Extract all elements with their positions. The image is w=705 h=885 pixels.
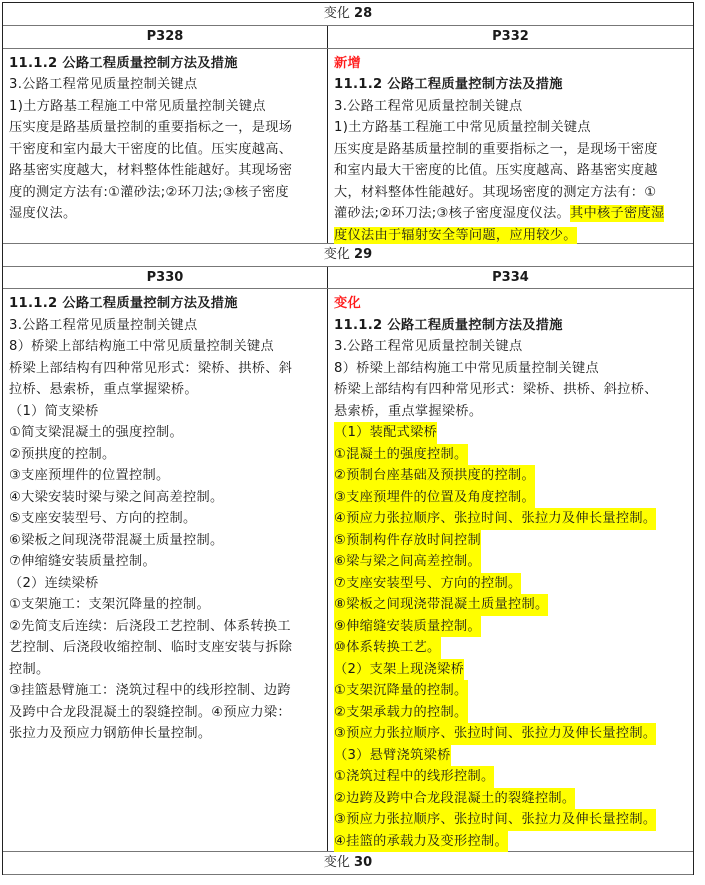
highlighted-line: ⑧梁板之间现浇带混凝土质量控制。 [334,594,548,616]
highlighted-line: （2）支架上现浇梁桥 [334,659,464,681]
section-title-28: 变化 28 [3,3,693,26]
highlighted-line: ⑤预制构件存放时间控制 [334,530,481,552]
highlighted-line: ④挂篮的承载力及变形控制。 [334,831,508,853]
text-line: 张拉力及预应力钢筋伸长量控制。 [9,723,323,745]
section-title-30: 变化 30 [3,852,693,875]
highlighted-text: 度仪法由于辐射安全等问题，应用较少。 [334,227,577,244]
text-line: 8）桥梁上部结构施工中常见质量控制关键点 [334,358,689,380]
paragraph-line: 度的测定方法有:①灌砂法;②环刀法;③核子密度 [9,182,323,204]
highlighted-line: ④预应力张拉顺序、张拉时间、张拉力及伸长量控制。 [334,508,656,530]
right-cell-29: 变化 11.1.2 公路工程质量控制方法及措施 3.公路工程常见质量控制关键点 … [328,289,693,851]
text-line: 艺控制、后浇段收缩控制、临时支座安装与拆除 [9,637,323,659]
section-title-number: 30 [354,855,372,870]
highlighted-line: （1）装配式梁桥 [334,422,437,444]
item-heading: 1)土方路基工程施工中常见质量控制关键点 [334,117,689,139]
highlighted-line: ①支架沉降量的控制。 [334,680,468,702]
highlighted-line: ③预应力张拉顺序、张拉时间、张拉力及伸长量控制。 [334,723,656,745]
paragraph-line: 压实度是路基质量控制的重要指标之一，是现场干密度 [334,139,689,161]
right-page-label: P332 [328,26,693,48]
text-line: ①简支梁混凝土的强度控制。 [9,422,323,444]
text-line: ②预拱度的控制。 [9,444,323,466]
subheading: 3.公路工程常见质量控制关键点 [9,315,323,337]
subheading: 3.公路工程常见质量控制关键点 [334,336,689,358]
paragraph-line: 大，材料整体性能越好。其现场密度的测定方法有：① [334,182,689,204]
left-cell-29: 11.1.2 公路工程质量控制方法及措施 3.公路工程常见质量控制关键点 8）桥… [3,289,328,851]
section-title-29: 变化 29 [3,244,693,267]
text-line: ①支架施工：支架沉降量的控制。 [9,594,323,616]
subheading: 3.公路工程常见质量控制关键点 [334,96,689,118]
section-title-number: 28 [354,6,372,21]
section-title-prefix: 变化 [324,855,350,870]
text-line: ②先简支后连续：后浇段工艺控制、体系转换工 [9,616,323,638]
highlighted-line: ②支架承载力的控制。 [334,702,468,724]
section-title-prefix: 变化 [324,247,350,262]
change-tag-new: 新增 [334,53,689,75]
comparison-table: 变化 28 P328 P332 11.1.2 公路工程质量控制方法及措施 3.公… [2,2,694,875]
text-line: 桥梁上部结构有四种常见形式：梁桥、拱桥、斜拉桥、 [334,379,689,401]
highlighted-line: ②边跨及跨中合龙段混凝土的裂缝控制。 [334,788,575,810]
item-heading: 1)土方路基工程施工中常见质量控制关键点 [9,96,323,118]
section-title-number: 29 [354,247,372,262]
highlighted-line: ①浇筑过程中的线形控制。 [334,766,494,788]
highlighted-line: ①混凝土的强度控制。 [334,444,468,466]
page-header-row-29: P330 P334 [3,267,693,290]
paragraph-line: 度仪法由于辐射安全等问题，应用较少。 [334,225,689,247]
paragraph-line: 和室内最大干密度的比值。压实度越高、路基密实度越 [334,160,689,182]
text-line: 控制。 [9,659,323,681]
paragraph-line: 干密度和室内最大干密度的比值。压实度越高、 [9,139,323,161]
heading: 11.1.2 公路工程质量控制方法及措施 [9,53,323,75]
highlighted-line: ③预应力张拉顺序、张拉时间、张拉力及伸长量控制。 [334,809,656,831]
paragraph-line: 压实度是路基质量控制的重要指标之一，是现场 [9,117,323,139]
text-line: 桥梁上部结构有四种常见形式：梁桥、拱桥、斜 [9,358,323,380]
subheading: 3.公路工程常见质量控制关键点 [9,74,323,96]
text-line: ⑥梁板之间现浇带混凝土质量控制。 [9,530,323,552]
highlighted-line: ⑩体系转换工艺。 [334,637,441,659]
page-header-row-28: P328 P332 [3,26,693,49]
content-row-29: 11.1.2 公路工程质量控制方法及措施 3.公路工程常见质量控制关键点 8）桥… [3,289,693,852]
highlighted-line: ⑥梁与梁之间高差控制。 [334,551,481,573]
text-line: 及跨中合龙段混凝土的裂缝控制。④预应力梁： [9,702,323,724]
heading: 11.1.2 公路工程质量控制方法及措施 [334,74,689,96]
text-line: 悬索桥，重点掌握梁桥。 [334,401,689,423]
highlighted-line: （3）悬臂浇筑梁桥 [334,745,451,767]
paragraph-line: 灌砂法;②环刀法;③核子密度湿度仪法。其中核子密度湿 [334,203,689,225]
right-page-label: P334 [328,267,693,289]
change-tag-modified: 变化 [334,293,689,315]
right-cell-28: 新增 11.1.2 公路工程质量控制方法及措施 3.公路工程常见质量控制关键点 … [328,49,693,243]
heading: 11.1.2 公路工程质量控制方法及措施 [334,315,689,337]
plain-text: 灌砂法;②环刀法;③核子密度湿度仪法。 [334,206,570,221]
text-line: （1）简支梁桥 [9,401,323,423]
highlighted-line: ③支座预埋件的位置及角度控制。 [334,487,535,509]
content-row-28: 11.1.2 公路工程质量控制方法及措施 3.公路工程常见质量控制关键点 1)土… [3,49,693,244]
text-line: 拉桥、悬索桥，重点掌握梁桥。 [9,379,323,401]
text-line: （2）连续梁桥 [9,573,323,595]
paragraph-line: 路基密实度越大，材料整体性能越好。其现场密 [9,160,323,182]
section-title-prefix: 变化 [324,6,350,21]
text-line: ④大梁安装时梁与梁之间高差控制。 [9,487,323,509]
text-line: ⑦伸缩缝安装质量控制。 [9,551,323,573]
text-line: 8）桥梁上部结构施工中常见质量控制关键点 [9,336,323,358]
paragraph-line: 湿度仪法。 [9,203,323,225]
text-line: ③挂篮悬臂施工：浇筑过程中的线形控制、边跨 [9,680,323,702]
left-page-label: P328 [3,26,328,48]
left-page-label: P330 [3,267,328,289]
text-line: ⑤支座安装型号、方向的控制。 [9,508,323,530]
highlighted-line: ⑦支座安装型号、方向的控制。 [334,573,521,595]
highlighted-text: 其中核子密度湿 [570,205,664,222]
left-cell-28: 11.1.2 公路工程质量控制方法及措施 3.公路工程常见质量控制关键点 1)土… [3,49,328,243]
text-line: ③支座预埋件的位置控制。 [9,465,323,487]
heading: 11.1.2 公路工程质量控制方法及措施 [9,293,323,315]
highlighted-line: ⑨伸缩缝安装质量控制。 [334,616,481,638]
highlighted-line: ②预制台座基础及预拱度的控制。 [334,465,535,487]
